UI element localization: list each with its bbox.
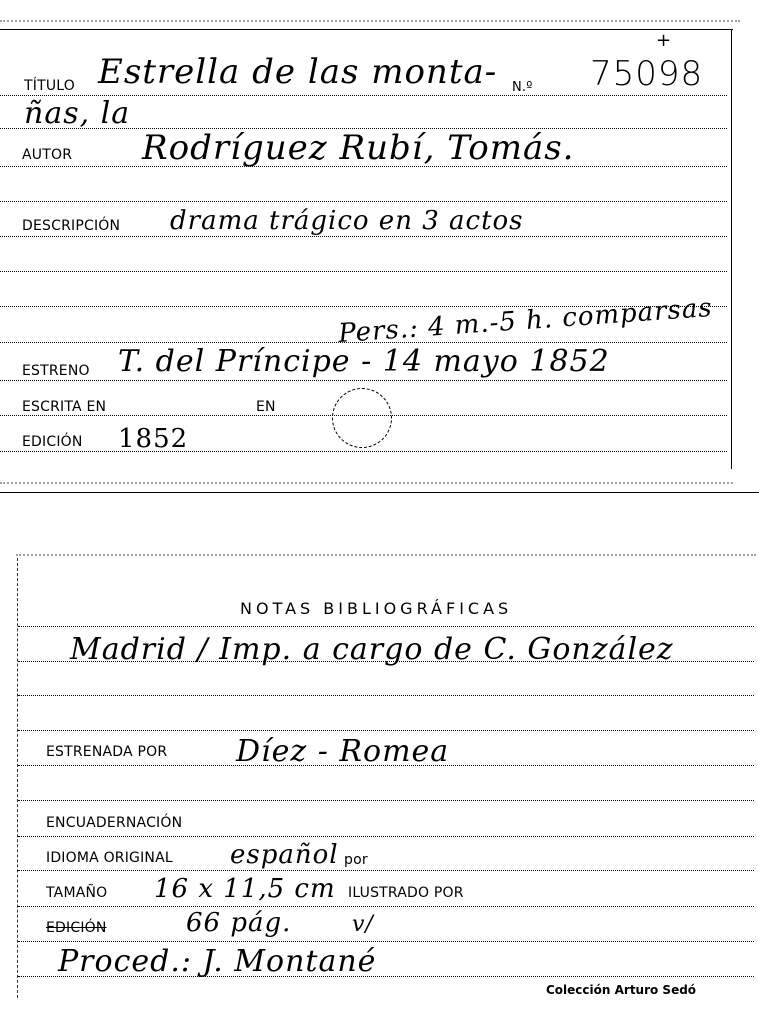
autor-value: Rodríguez Rubí, Tomás. [142,128,575,168]
escrita-en-label: ESCRITA EN [22,399,106,415]
catalog-card-back: NOTAS BIBLIOGRÁFICAS Madrid / Imp. a car… [0,540,759,1028]
card-top-edge [0,20,740,22]
ruled-line [18,800,754,801]
ruled-line [18,695,754,696]
catalog-card-front: TÍTULO Estrella de las monta- N.º 75098 … [0,0,759,495]
estrenada-por-label: ESTRENADA POR [46,744,167,760]
estrenada-por-value: Díez - Romea [236,734,449,769]
ruled-line [0,380,727,381]
circular-stamp [332,388,392,448]
encuadernacion-label: ENCUADERNACIÓN [46,815,182,831]
collection-credit: Colección Arturo Sedó [546,983,696,997]
card-bottom-edge [0,482,733,484]
ruled-line [0,451,727,452]
tamano-label: TAMAÑO [46,885,107,901]
edicion-value: 1852 [118,424,188,454]
ruled-line [18,730,754,731]
titulo-value-line2: ñas, la [24,96,130,131]
ilustrado-por-label: ILUSTRADO POR [348,885,464,901]
ruled-line [18,626,754,627]
idioma-por-label: por [344,852,368,868]
notas-value: Madrid / Imp. a cargo de C. González [70,632,674,667]
edicion-pages-value: 66 pág. [186,908,291,938]
estreno-label: ESTRENO [22,363,90,379]
ruled-line [0,201,727,202]
descripcion-value: drama trágico en 3 actos [170,206,524,236]
catalog-number: 75098 [590,54,703,94]
tamano-value: 16 x 11,5 cm [154,874,336,904]
idioma-original-label: IDIOMA ORIGINAL [46,850,173,866]
estreno-value: T. del Príncipe - 14 mayo 1852 [118,344,610,379]
card-left-border [17,558,18,998]
ruled-line [18,836,754,837]
idioma-original-value: español [230,840,339,870]
descripcion-label: DESCRIPCIÓN [22,218,120,234]
titulo-label: TÍTULO [24,78,75,94]
ruled-line [18,941,754,942]
number-prefix: N.º [512,80,533,95]
edicion-label: EDICIÓN [22,434,83,450]
card-separator [0,492,759,493]
notas-heading: NOTAS BIBLIOGRÁFICAS [240,599,512,618]
ruled-line [0,236,727,237]
descripcion-note: Pers.: 4 m.-5 h. comparsas [337,293,713,349]
card-top-border [0,29,733,30]
ruled-line [18,870,754,871]
card-right-border [731,29,732,469]
en-label: EN [256,399,276,415]
titulo-value-line1: Estrella de las monta- [98,52,497,92]
edicion-extra-mark: v/ [352,912,374,937]
procedencia-value: Proced.: J. Montané [58,944,376,979]
ruled-line [0,271,727,272]
plus-mark: + [656,30,671,51]
autor-label: AUTOR [22,147,72,163]
ruled-line [18,906,754,907]
edicion-label-struck: EDICIÓN [46,920,107,936]
card-top-edge [16,554,756,556]
